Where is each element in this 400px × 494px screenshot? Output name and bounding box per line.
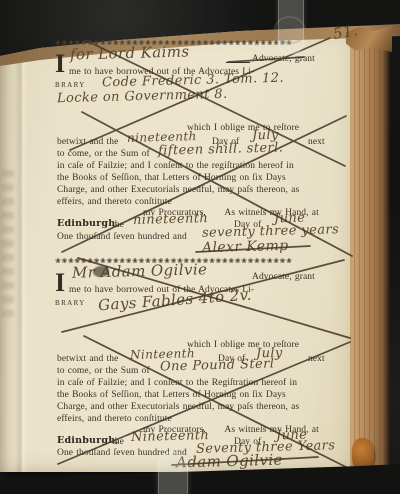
- receipt-1-year-prefix: One thouſand ſeven hundred and: [57, 232, 187, 243]
- mount-strap-top: [278, 0, 304, 54]
- receipt-2-charge-line: Charge, and other Executorials needful, …: [57, 402, 299, 413]
- receipt-1-oblige-line: which I oblige me to reſtore: [187, 123, 299, 134]
- receipt-1-sum-prefix: to come, or the Sum of: [57, 149, 150, 160]
- book-fore-edge: [350, 26, 390, 468]
- receipt-1-session-line: the Books of Seſſion, that Letters of Ho…: [57, 173, 286, 184]
- receipt-1-borrower-name: for Lord Kaims: [70, 42, 190, 63]
- receipt-2-session-line: the Books of Seſſion, that Letters of Ho…: [57, 390, 286, 401]
- curled-leather-fragment: [352, 438, 374, 470]
- receipt-2-sum: One Pound Sterl: [160, 357, 275, 375]
- receipt-2-initial: I: [55, 270, 65, 296]
- receipt-1-signed-day: nineteenth: [133, 211, 209, 228]
- page-crease: [14, 30, 28, 472]
- receipt-2-sum-prefix: to come, or the Sum of: [57, 366, 150, 377]
- receipt-1-advocate-grant: Advocate, grant: [252, 54, 315, 65]
- receipt-2-advocate-grant: Advocate, grant: [252, 272, 315, 283]
- receipt-1-the: the: [112, 220, 124, 231]
- receipt-1-betwixt: betwixt and the: [57, 137, 118, 148]
- receipt-2-effeirs-line: effeirs, and thereto conſtitute: [57, 414, 172, 425]
- receipt-1-initial: I: [55, 51, 65, 77]
- receipt-1-edinburgh: Edinburgh,: [57, 219, 119, 230]
- receipt-2-the: the: [112, 437, 124, 448]
- receipt-2-signature: Adam Ogilvie: [176, 451, 283, 472]
- receipt-1-effeirs-line: effeirs, and thereto conſtitute: [57, 197, 172, 208]
- receipt-2-next: next: [308, 354, 325, 365]
- blank-rule: [226, 62, 250, 63]
- receipt-1-failzie-line: in caſe of Failzie; and I conſent to the…: [57, 161, 294, 172]
- ink-show-through: [2, 170, 14, 320]
- receipt-1-charge-line: Charge, and other Executorials needful, …: [57, 185, 299, 196]
- receipt-2-edinburgh: Edinburgh,: [57, 436, 119, 447]
- receipt-2-brary: brary: [55, 298, 86, 309]
- photograph-of-library-receipt-page: ❀❀❀❀❀❀❀❀❀❀❀❀❀❀❀❀❀❀❀❀❀❀❀❀❀❀❀❀❀❀❀❀❀❀❀❀❀ 51…: [0, 0, 400, 494]
- receipt-1-next: next: [308, 137, 325, 148]
- mount-strap-bottom: [158, 452, 188, 494]
- receipt-1-brary: brary: [55, 80, 86, 91]
- receipt-2-failzie-line: in caſe of Failzie; and I conſent to the…: [57, 378, 297, 389]
- receipt-2-betwixt: betwixt and the: [57, 354, 118, 365]
- receipt-1-signature: Alexr Kemp: [202, 238, 289, 256]
